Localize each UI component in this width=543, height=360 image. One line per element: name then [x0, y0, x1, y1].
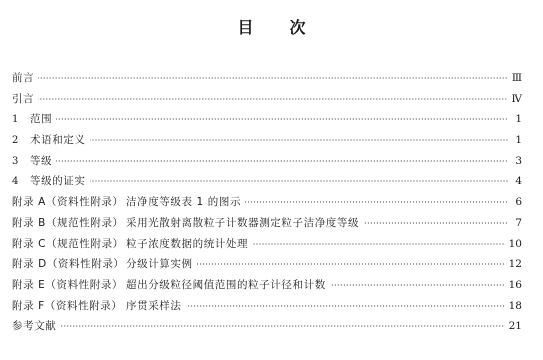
toc-entry-text: 等级	[30, 155, 52, 167]
toc-entry-appendix-f[interactable]: 附录 F（资料性附录）序贯采样法 18	[12, 296, 522, 317]
dot-leader	[186, 305, 505, 307]
toc-entry-label: 附录 D（资料性附录）分级计算实例	[12, 254, 193, 275]
section-number: 2	[12, 131, 30, 152]
appendix-label: 附录 C（规范性附录）	[12, 234, 126, 255]
toc-entry-label: 附录 B（规范性附录）采用光散射离散粒子计数器测定粒子洁净度等级	[12, 213, 359, 234]
dot-leader	[56, 118, 508, 120]
toc-entry-text: 采用光散射离散粒子计数器测定粒子洁净度等级	[126, 217, 359, 229]
appendix-label: 附录 E（资料性附录）	[12, 275, 126, 296]
toc-entry-label: 前言	[12, 68, 34, 89]
toc-entry-text: 范围	[30, 113, 52, 125]
toc-page-number: 1	[512, 109, 522, 130]
toc-entry-text: 前言	[12, 72, 34, 84]
dot-leader	[252, 243, 505, 245]
toc-entry-text: 粒子浓度数据的统计处理	[126, 238, 248, 250]
toc-page-number: 10	[509, 234, 522, 255]
toc-entry-appendix-c[interactable]: 附录 C（规范性附录）粒子浓度数据的统计处理 10	[12, 234, 522, 255]
section-number: 3	[12, 152, 30, 173]
toc-entry-label: 2术语和定义	[12, 130, 86, 152]
toc-page-number: 6	[512, 192, 522, 213]
toc-entry-text: 洁净度等级表 1 的图示	[126, 196, 241, 208]
toc-entry-section-2[interactable]: 2术语和定义 1	[12, 130, 522, 151]
title-char-1: 目	[237, 18, 253, 38]
toc-entry-label: 3等级	[12, 151, 52, 173]
toc-entry-label: 附录 E（资料性附录）超出分级粒径阈值范围的粒子计径和计数	[12, 275, 326, 296]
toc-entry-label: 4等级的证实	[12, 171, 86, 193]
title-char-2: 次	[290, 18, 306, 38]
toc-entry-section-3[interactable]: 3等级 3	[12, 151, 522, 172]
toc-entry-text: 等级的证实	[30, 175, 86, 187]
toc-page-number: 3	[512, 151, 522, 172]
toc-entry-text: 引言	[12, 93, 34, 105]
dot-leader	[197, 263, 505, 265]
toc-entry-appendix-b[interactable]: 附录 B（规范性附录）采用光散射离散粒子计数器测定粒子洁净度等级 7	[12, 213, 522, 234]
toc-entry-text: 序贯采样法	[126, 300, 182, 312]
dot-leader	[245, 201, 508, 203]
dot-leader	[90, 139, 509, 141]
toc-page-number: Ⅳ	[512, 89, 523, 110]
toc-entry-label: 附录 C（规范性附录）粒子浓度数据的统计处理	[12, 234, 248, 255]
dot-leader	[56, 160, 508, 162]
appendix-label: 附录 D（资料性附录）	[12, 254, 126, 275]
toc-entry-text: 超出分级粒径阈值范围的粒子计径和计数	[126, 279, 326, 291]
toc-page-number: 16	[509, 275, 522, 296]
toc-entry-text: 参考文献	[12, 320, 56, 332]
toc-entry-references[interactable]: 参考文献 21	[12, 316, 522, 337]
dot-leader	[90, 180, 509, 182]
toc-page-number: 7	[512, 213, 522, 234]
toc-page-number: 4	[512, 171, 522, 192]
table-of-contents: 前言 Ⅲ 引言 Ⅳ 1范围 1 2术语和定义 1 3等级 3 4等级的证实 4 …	[12, 68, 522, 337]
dot-leader	[38, 77, 508, 79]
toc-entry-introduction[interactable]: 引言 Ⅳ	[12, 89, 522, 110]
toc-entry-label: 附录 F（资料性附录）序贯采样法	[12, 296, 182, 317]
toc-entry-label: 参考文献	[12, 316, 56, 337]
appendix-label: 附录 A（资料性附录）	[12, 192, 126, 213]
section-number: 1	[12, 110, 30, 131]
toc-entry-appendix-a[interactable]: 附录 A（资料性附录）洁净度等级表 1 的图示 6	[12, 192, 522, 213]
toc-entry-text: 术语和定义	[30, 134, 86, 146]
dot-leader	[330, 284, 505, 286]
toc-entry-section-4[interactable]: 4等级的证实 4	[12, 171, 522, 192]
toc-entry-appendix-d[interactable]: 附录 D（资料性附录）分级计算实例 12	[12, 254, 522, 275]
page-title: 目次	[0, 18, 543, 38]
toc-page-number: 1	[512, 130, 522, 151]
toc-page-number: Ⅲ	[512, 68, 522, 89]
toc-page-number: 21	[509, 316, 522, 337]
appendix-label: 附录 F（资料性附录）	[12, 296, 126, 317]
appendix-label: 附录 B（规范性附录）	[12, 213, 126, 234]
section-number: 4	[12, 172, 30, 193]
dot-leader	[363, 222, 508, 224]
toc-entry-label: 附录 A（资料性附录）洁净度等级表 1 的图示	[12, 192, 241, 213]
toc-entry-label: 1范围	[12, 109, 52, 131]
dot-leader	[60, 325, 504, 327]
toc-entry-label: 引言	[12, 89, 34, 110]
toc-entry-foreword[interactable]: 前言 Ⅲ	[12, 68, 522, 89]
toc-entry-text: 分级计算实例	[126, 258, 193, 270]
toc-entry-appendix-e[interactable]: 附录 E（资料性附录）超出分级粒径阈值范围的粒子计径和计数 16	[12, 275, 522, 296]
dot-leader	[38, 98, 507, 100]
toc-page-number: 18	[509, 296, 522, 317]
toc-page-number: 12	[509, 254, 522, 275]
toc-entry-section-1[interactable]: 1范围 1	[12, 109, 522, 130]
